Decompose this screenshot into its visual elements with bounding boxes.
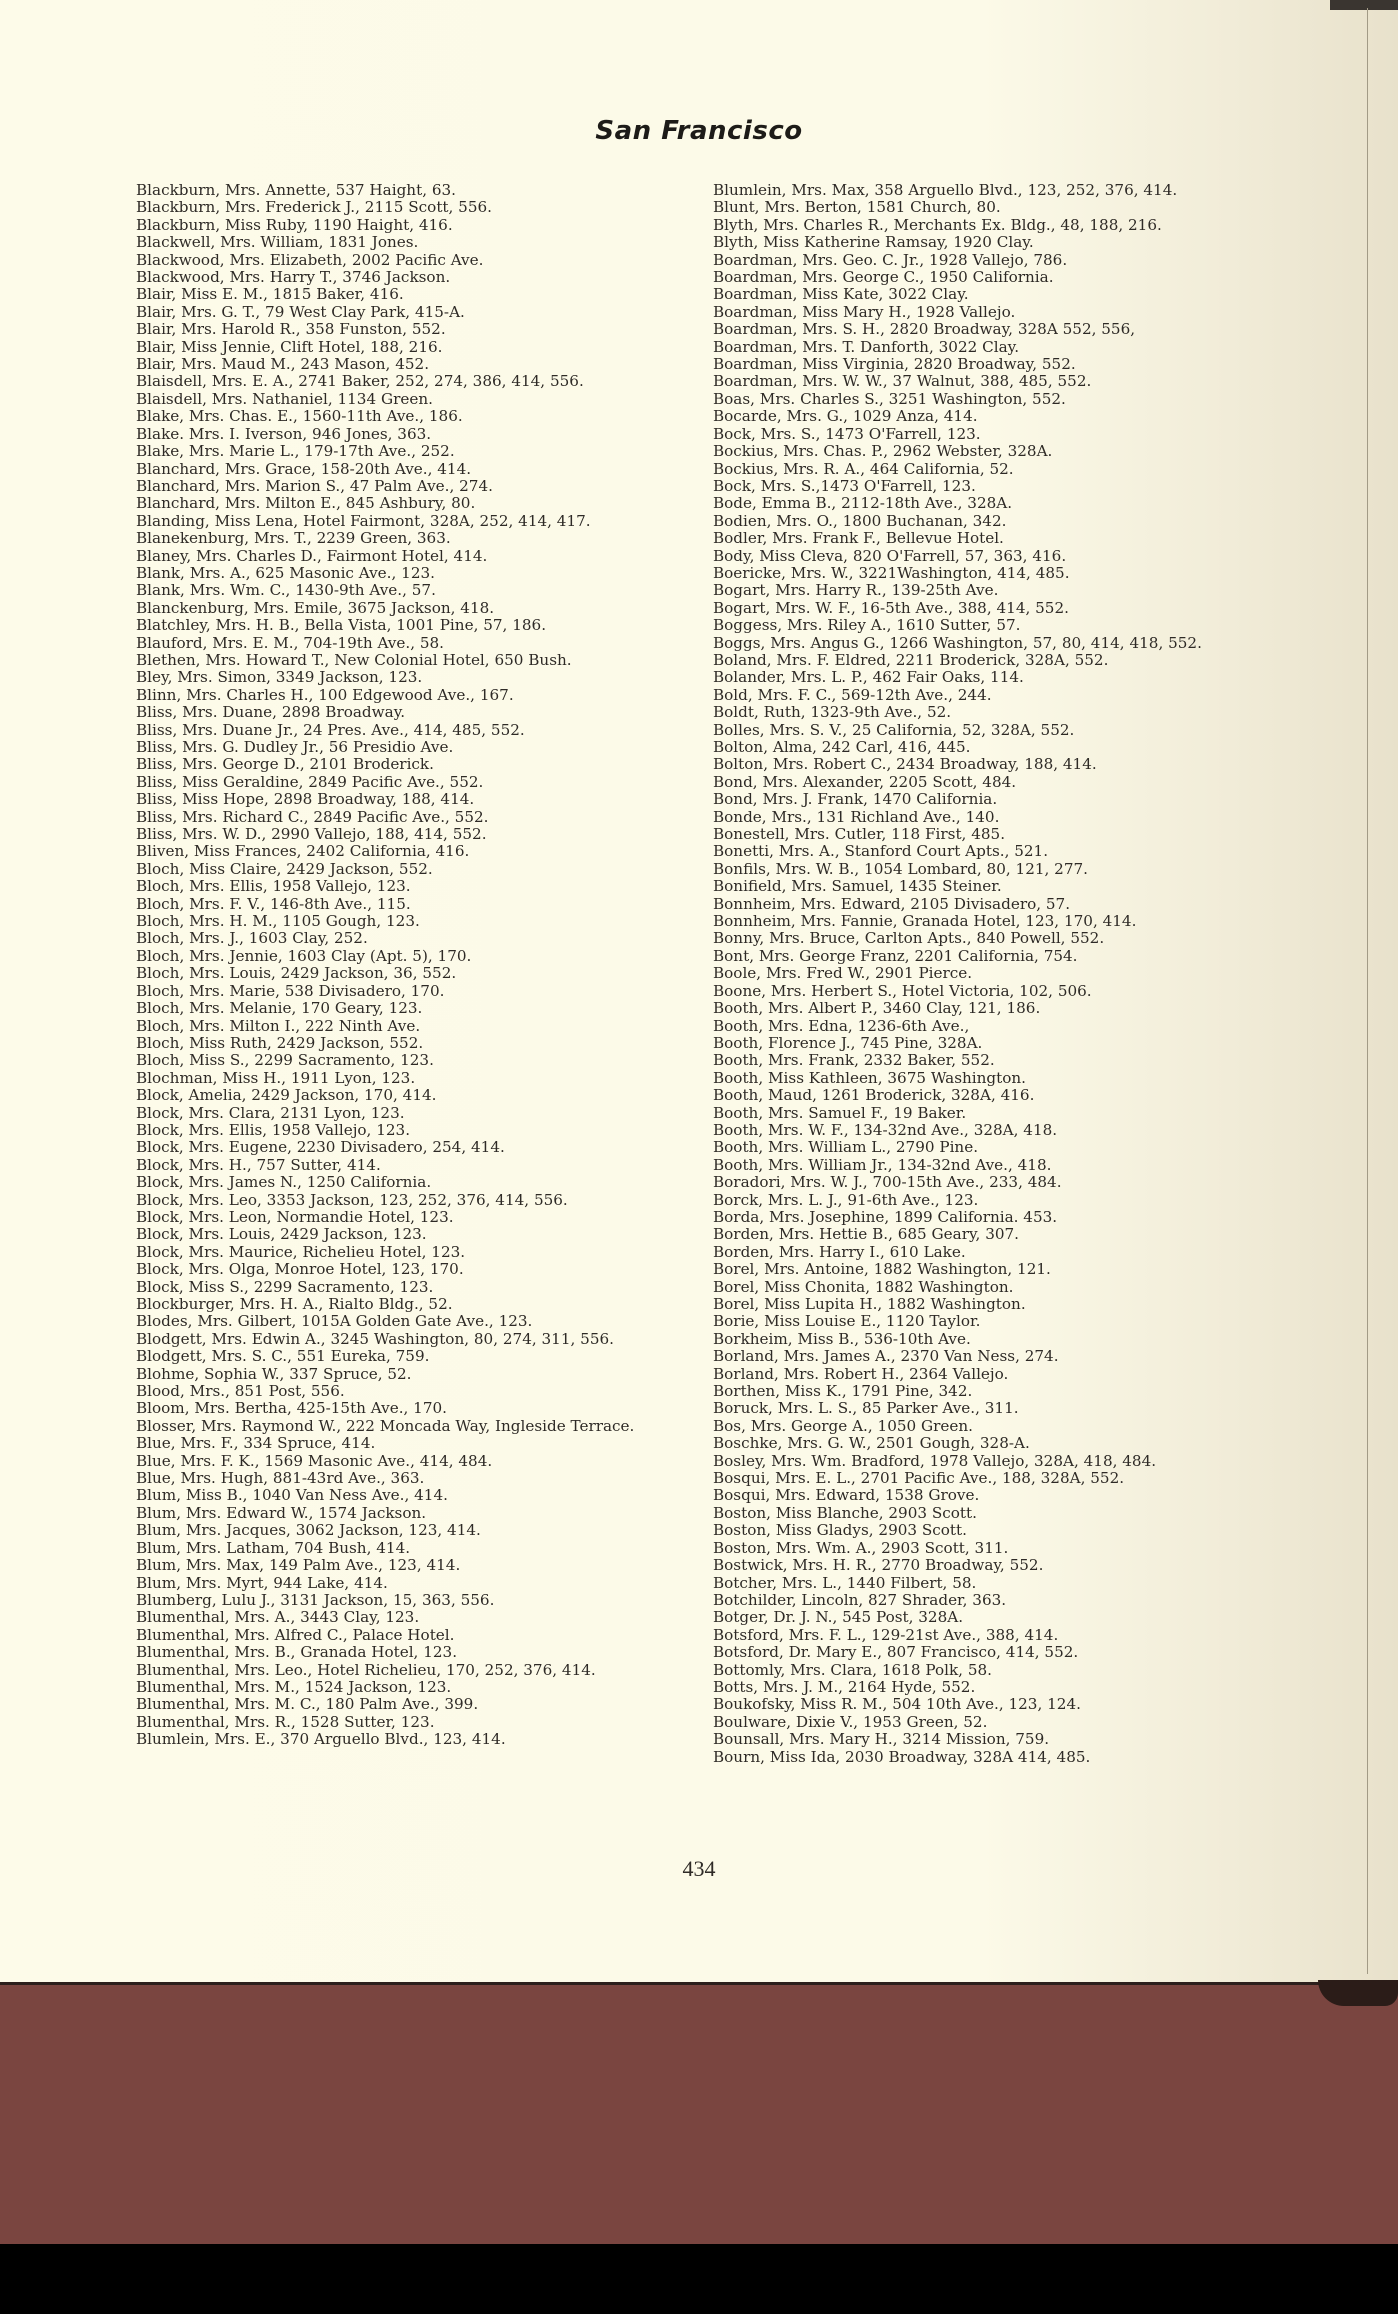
directory-entry: Blackburn, Mrs. Annette, 537 Haight, 63.	[136, 182, 671, 199]
directory-entry: Bockius, Mrs. Chas. P., 2962 Webster, 32…	[713, 443, 1248, 460]
directory-entry: Blue, Mrs. F. K., 1569 Masonic Ave., 414…	[136, 1453, 671, 1470]
directory-entry: Bosley, Mrs. Wm. Bradford, 1978 Vallejo,…	[713, 1453, 1248, 1470]
directory-entry: Blohme, Sophia W., 337 Spruce, 52.	[136, 1366, 671, 1383]
directory-entry: Boggs, Mrs. Angus G., 1266 Washington, 5…	[713, 635, 1248, 652]
directory-entry: Bode, Emma B., 2112-18th Ave., 328A.	[713, 495, 1248, 512]
directory-entry: Bloch, Mrs. H. M., 1105 Gough, 123.	[136, 913, 671, 930]
directory-entry: Block, Mrs. James N., 1250 California.	[136, 1174, 671, 1191]
directory-entry: Bley, Mrs. Simon, 3349 Jackson, 123.	[136, 669, 671, 686]
directory-entry: Boardman, Mrs. George C., 1950 Californi…	[713, 269, 1248, 286]
directory-entry: Boulware, Dixie V., 1953 Green, 52.	[713, 1714, 1248, 1731]
directory-entry: Bodler, Mrs. Frank F., Bellevue Hotel.	[713, 530, 1248, 547]
directory-entry: Bos, Mrs. George A., 1050 Green.	[713, 1418, 1248, 1435]
page-fold-line	[1367, 8, 1368, 1974]
directory-entry: Blumlein, Mrs. Max, 358 Arguello Blvd., …	[713, 182, 1248, 199]
book-cover-edge	[0, 1982, 1398, 2247]
directory-entry: Blank, Mrs. Wm. C., 1430-9th Ave., 57.	[136, 582, 671, 599]
directory-entry: Blair, Mrs. Maud M., 243 Mason, 452.	[136, 356, 671, 373]
directory-entry: Bostwick, Mrs. H. R., 2770 Broadway, 552…	[713, 1557, 1248, 1574]
directory-entry: Bolton, Alma, 242 Carl, 416, 445.	[713, 739, 1248, 756]
directory-entry: Bolton, Mrs. Robert C., 2434 Broadway, 1…	[713, 756, 1248, 773]
directory-entry: Boruck, Mrs. L. S., 85 Parker Ave., 311.	[713, 1400, 1248, 1417]
directory-entry: Boston, Mrs. Wm. A., 2903 Scott, 311.	[713, 1540, 1248, 1557]
directory-entry: Borkheim, Miss B., 536-10th Ave.	[713, 1331, 1248, 1348]
directory-entry: Boland, Mrs. F. Eldred, 2211 Broderick, …	[713, 652, 1248, 669]
directory-entry: Blockburger, Mrs. H. A., Rialto Bldg., 5…	[136, 1296, 671, 1313]
directory-entry: Booth, Mrs. William L., 2790 Pine.	[713, 1139, 1248, 1156]
directory-entry: Blaney, Mrs. Charles D., Fairmont Hotel,…	[136, 548, 671, 565]
directory-entry: Blackwell, Mrs. William, 1831 Jones.	[136, 234, 671, 251]
directory-entry: Boggess, Mrs. Riley A., 1610 Sutter, 57.	[713, 617, 1248, 634]
directory-entry: Bonnheim, Mrs. Edward, 2105 Divisadero, …	[713, 896, 1248, 913]
directory-entry: Bloch, Miss Ruth, 2429 Jackson, 552.	[136, 1035, 671, 1052]
directory-entry: Bont, Mrs. George Franz, 2201 California…	[713, 948, 1248, 965]
directory-entry: Botts, Mrs. J. M., 2164 Hyde, 552.	[713, 1679, 1248, 1696]
directory-entry: Bloch, Mrs. Louis, 2429 Jackson, 36, 552…	[136, 965, 671, 982]
directory-entry: Blum, Mrs. Jacques, 3062 Jackson, 123, 4…	[136, 1522, 671, 1539]
directory-entry: Blumenthal, Mrs. Leo., Hotel Richelieu, …	[136, 1662, 671, 1679]
directory-entry: Booth, Mrs. William Jr., 134-32nd Ave., …	[713, 1157, 1248, 1174]
scan-background-band	[0, 2244, 1398, 2314]
directory-entry: Boston, Miss Blanche, 2903 Scott.	[713, 1505, 1248, 1522]
directory-entry: Block, Mrs. Maurice, Richelieu Hotel, 12…	[136, 1244, 671, 1261]
directory-entry: Blyth, Miss Katherine Ramsay, 1920 Clay.	[713, 234, 1248, 251]
directory-entry: Boston, Miss Gladys, 2903 Scott.	[713, 1522, 1248, 1539]
directory-entry: Bliven, Miss Frances, 2402 California, 4…	[136, 843, 671, 860]
directory-entry: Blackwood, Mrs. Elizabeth, 2002 Pacific …	[136, 252, 671, 269]
directory-entry: Blumenthal, Mrs. M. C., 180 Palm Ave., 3…	[136, 1696, 671, 1713]
directory-entry: Bodien, Mrs. O., 1800 Buchanan, 342.	[713, 513, 1248, 530]
directory-entry: Block, Mrs. Louis, 2429 Jackson, 123.	[136, 1226, 671, 1243]
directory-entry: Blum, Mrs. Latham, 704 Bush, 414.	[136, 1540, 671, 1557]
directory-entry: Bloch, Miss Claire, 2429 Jackson, 552.	[136, 861, 671, 878]
page-title: San Francisco	[0, 116, 1398, 146]
directory-entry: Bond, Mrs. Alexander, 2205 Scott, 484.	[713, 774, 1248, 791]
directory-entry: Borland, Mrs. James A., 2370 Van Ness, 2…	[713, 1348, 1248, 1365]
directory-entry: Blumberg, Lulu J., 3131 Jackson, 15, 363…	[136, 1592, 671, 1609]
directory-entry: Body, Miss Cleva, 820 O'Farrell, 57, 363…	[713, 548, 1248, 565]
directory-entry: Bliss, Mrs. W. D., 2990 Vallejo, 188, 41…	[136, 826, 671, 843]
directory-entry: Bloch, Mrs. Jennie, 1603 Clay (Apt. 5), …	[136, 948, 671, 965]
directory-entry: Blair, Miss E. M., 1815 Baker, 416.	[136, 286, 671, 303]
directory-entry: Borel, Mrs. Antoine, 1882 Washington, 12…	[713, 1261, 1248, 1278]
directory-entry: Blodes, Mrs. Gilbert, 1015A Golden Gate …	[136, 1313, 671, 1330]
directory-entry: Bloch, Miss S., 2299 Sacramento, 123.	[136, 1052, 671, 1069]
directory-entry: Borie, Miss Louise E., 1120 Taylor.	[713, 1313, 1248, 1330]
directory-entry: Blumlein, Mrs. E., 370 Arguello Blvd., 1…	[136, 1731, 671, 1748]
directory-entry: Bold, Mrs. F. C., 569-12th Ave., 244.	[713, 687, 1248, 704]
directory-entry: Borda, Mrs. Josephine, 1899 California. …	[713, 1209, 1248, 1226]
directory-entry: Block, Mrs. Leon, Normandie Hotel, 123.	[136, 1209, 671, 1226]
directory-entry: Bliss, Miss Hope, 2898 Broadway, 188, 41…	[136, 791, 671, 808]
directory-entry: Bonfils, Mrs. W. B., 1054 Lombard, 80, 1…	[713, 861, 1248, 878]
directory-entry: Bloch, Mrs. Ellis, 1958 Vallejo, 123.	[136, 878, 671, 895]
directory-entry: Bliss, Mrs. Duane Jr., 24 Pres. Ave., 41…	[136, 722, 671, 739]
directory-entry: Bourn, Miss Ida, 2030 Broadway, 328A 414…	[713, 1749, 1248, 1766]
directory-entry: Bliss, Mrs. Richard C., 2849 Pacific Ave…	[136, 809, 671, 826]
directory-entry: Blood, Mrs., 851 Post, 556.	[136, 1383, 671, 1400]
directory-entry: Blake. Mrs. I. Iverson, 946 Jones, 363.	[136, 426, 671, 443]
directory-entry: Bloch, Mrs. Melanie, 170 Geary, 123.	[136, 1000, 671, 1017]
directory-entry: Bloch, Mrs. Marie, 538 Divisadero, 170.	[136, 983, 671, 1000]
directory-entry: Bloch, Mrs. J., 1603 Clay, 252.	[136, 930, 671, 947]
directory-entry: Bliss, Miss Geraldine, 2849 Pacific Ave.…	[136, 774, 671, 791]
directory-entry: Block, Mrs. H., 757 Sutter, 414.	[136, 1157, 671, 1174]
directory-entry: Blair, Mrs. G. T., 79 West Clay Park, 41…	[136, 304, 671, 321]
directory-entry: Bliss, Mrs. Duane, 2898 Broadway.	[136, 704, 671, 721]
directory-entry: Booth, Maud, 1261 Broderick, 328A, 416.	[713, 1087, 1248, 1104]
directory-entry: Bock, Mrs. S., 1473 O'Farrell, 123.	[713, 426, 1248, 443]
directory-entry: Blanchard, Mrs. Marion S., 47 Palm Ave.,…	[136, 478, 671, 495]
directory-entry: Boole, Mrs. Fred W., 2901 Pierce.	[713, 965, 1248, 982]
directory-entry: Borel, Miss Lupita H., 1882 Washington.	[713, 1296, 1248, 1313]
directory-entry: Boardman, Mrs. Geo. C. Jr., 1928 Vallejo…	[713, 252, 1248, 269]
directory-entry: Blethen, Mrs. Howard T., New Colonial Ho…	[136, 652, 671, 669]
directory-entry: Botger, Dr. J. N., 545 Post, 328A.	[713, 1609, 1248, 1626]
left-column: Blackburn, Mrs. Annette, 537 Haight, 63.…	[136, 182, 671, 1749]
directory-entry: Block, Mrs. Clara, 2131 Lyon, 123.	[136, 1105, 671, 1122]
directory-entry: Boardman, Mrs. W. W., 37 Walnut, 388, 48…	[713, 373, 1248, 390]
directory-entry: Blyth, Mrs. Charles R., Merchants Ex. Bl…	[713, 217, 1248, 234]
directory-page: San Francisco Blackburn, Mrs. Annette, 5…	[0, 0, 1398, 1982]
directory-entry: Boradori, Mrs. W. J., 700-15th Ave., 233…	[713, 1174, 1248, 1191]
directory-entry: Blank, Mrs. A., 625 Masonic Ave., 123.	[136, 565, 671, 582]
directory-entry: Blum, Mrs. Max, 149 Palm Ave., 123, 414.	[136, 1557, 671, 1574]
directory-entry: Bliss, Mrs. George D., 2101 Broderick.	[136, 756, 671, 773]
directory-entry: Blodgett, Mrs. Edwin A., 3245 Washington…	[136, 1331, 671, 1348]
directory-entry: Blunt, Mrs. Berton, 1581 Church, 80.	[713, 199, 1248, 216]
directory-entry: Bond, Mrs. J. Frank, 1470 California.	[713, 791, 1248, 808]
directory-entry: Blair, Miss Jennie, Clift Hotel, 188, 21…	[136, 339, 671, 356]
directory-entry: Bonnheim, Mrs. Fannie, Granada Hotel, 12…	[713, 913, 1248, 930]
directory-entry: Bocarde, Mrs. G., 1029 Anza, 414.	[713, 408, 1248, 425]
directory-entry: Blackburn, Mrs. Frederick J., 2115 Scott…	[136, 199, 671, 216]
directory-entry: Blinn, Mrs. Charles H., 100 Edgewood Ave…	[136, 687, 671, 704]
directory-entry: Bogart, Mrs. Harry R., 139-25th Ave.	[713, 582, 1248, 599]
directory-entry: Blumenthal, Mrs. Alfred C., Palace Hotel…	[136, 1627, 671, 1644]
directory-entry: Booth, Florence J., 745 Pine, 328A.	[713, 1035, 1248, 1052]
directory-entry: Botchilder, Lincoln, 827 Shrader, 363.	[713, 1592, 1248, 1609]
cover-shadow	[1318, 1980, 1398, 2006]
directory-entry: Blanchard, Mrs. Milton E., 845 Ashbury, …	[136, 495, 671, 512]
directory-entry: Block, Amelia, 2429 Jackson, 170, 414.	[136, 1087, 671, 1104]
directory-entry: Block, Mrs. Olga, Monroe Hotel, 123, 170…	[136, 1261, 671, 1278]
directory-entry: Blaisdell, Mrs. E. A., 2741 Baker, 252, …	[136, 373, 671, 390]
directory-entry: Bloch, Mrs. Milton I., 222 Ninth Ave.	[136, 1018, 671, 1035]
directory-entry: Bogart, Mrs. W. F., 16-5th Ave., 388, 41…	[713, 600, 1248, 617]
directory-entry: Blumenthal, Mrs. B., Granada Hotel, 123.	[136, 1644, 671, 1661]
directory-entry: Borden, Mrs. Hettie B., 685 Geary, 307.	[713, 1226, 1248, 1243]
directory-entry: Boardman, Mrs. T. Danforth, 3022 Clay.	[713, 339, 1248, 356]
directory-entry: Blum, Mrs. Edward W., 1574 Jackson.	[136, 1505, 671, 1522]
directory-entry: Bonestell, Mrs. Cutler, 118 First, 485.	[713, 826, 1248, 843]
directory-entry: Booth, Mrs. Samuel F., 19 Baker.	[713, 1105, 1248, 1122]
directory-entry: Blumenthal, Mrs. A., 3443 Clay, 123.	[136, 1609, 671, 1626]
directory-entry: Boardman, Mrs. S. H., 2820 Broadway, 328…	[713, 321, 1248, 338]
directory-entry: Blumenthal, Mrs. M., 1524 Jackson, 123.	[136, 1679, 671, 1696]
directory-entry: Bockius, Mrs. R. A., 464 California, 52.	[713, 461, 1248, 478]
directory-entry: Bonifield, Mrs. Samuel, 1435 Steiner.	[713, 878, 1248, 895]
directory-entry: Blanckenburg, Mrs. Emile, 3675 Jackson, …	[136, 600, 671, 617]
directory-entry: Boardman, Miss Kate, 3022 Clay.	[713, 286, 1248, 303]
directory-entry: Bloom, Mrs. Bertha, 425-15th Ave., 170.	[136, 1400, 671, 1417]
directory-entry: Blauford, Mrs. E. M., 704-19th Ave., 58.	[136, 635, 671, 652]
directory-entry: Booth, Mrs. Edna, 1236-6th Ave.,	[713, 1018, 1248, 1035]
directory-entry: Blue, Mrs. F., 334 Spruce, 414.	[136, 1435, 671, 1452]
directory-entry: Bliss, Mrs. G. Dudley Jr., 56 Presidio A…	[136, 739, 671, 756]
directory-entry: Blum, Miss B., 1040 Van Ness Ave., 414.	[136, 1487, 671, 1504]
directory-entry: Block, Mrs. Leo, 3353 Jackson, 123, 252,…	[136, 1192, 671, 1209]
directory-entry: Bounsall, Mrs. Mary H., 3214 Mission, 75…	[713, 1731, 1248, 1748]
directory-entry: Borland, Mrs. Robert H., 2364 Vallejo.	[713, 1366, 1248, 1383]
directory-entry: Blake, Mrs. Chas. E., 1560-11th Ave., 18…	[136, 408, 671, 425]
directory-entry: Bosqui, Mrs. Edward, 1538 Grove.	[713, 1487, 1248, 1504]
directory-entry: Botsford, Mrs. F. L., 129-21st Ave., 388…	[713, 1627, 1248, 1644]
directory-entry: Blue, Mrs. Hugh, 881-43rd Ave., 363.	[136, 1470, 671, 1487]
directory-entry: Boardman, Miss Mary H., 1928 Vallejo.	[713, 304, 1248, 321]
directory-entry: Blosser, Mrs. Raymond W., 222 Moncada Wa…	[136, 1418, 671, 1435]
directory-entry: Botsford, Dr. Mary E., 807 Francisco, 41…	[713, 1644, 1248, 1661]
directory-entry: Bonetti, Mrs. A., Stanford Court Apts., …	[713, 843, 1248, 860]
directory-entry: Boericke, Mrs. W., 3221Washington, 414, …	[713, 565, 1248, 582]
directory-entry: Blumenthal, Mrs. R., 1528 Sutter, 123.	[136, 1714, 671, 1731]
directory-entry: Botcher, Mrs. L., 1440 Filbert, 58.	[713, 1575, 1248, 1592]
directory-entry: Bonde, Mrs., 131 Richland Ave., 140.	[713, 809, 1248, 826]
directory-entry: Bolles, Mrs. S. V., 25 California, 52, 3…	[713, 722, 1248, 739]
directory-entry: Boone, Mrs. Herbert S., Hotel Victoria, …	[713, 983, 1248, 1000]
directory-entry: Booth, Mrs. Albert P., 3460 Clay, 121, 1…	[713, 1000, 1248, 1017]
directory-entry: Bloch, Mrs. F. V., 146-8th Ave., 115.	[136, 896, 671, 913]
directory-entry: Bosqui, Mrs. E. L., 2701 Pacific Ave., 1…	[713, 1470, 1248, 1487]
directory-entry: Borck, Mrs. L. J., 91-6th Ave., 123.	[713, 1192, 1248, 1209]
directory-entry: Blanding, Miss Lena, Hotel Fairmont, 328…	[136, 513, 671, 530]
directory-entry: Blochman, Miss H., 1911 Lyon, 123.	[136, 1070, 671, 1087]
directory-entry: Bolander, Mrs. L. P., 462 Fair Oaks, 114…	[713, 669, 1248, 686]
binding-shadow	[1330, 0, 1398, 10]
directory-entry: Blake, Mrs. Marie L., 179-17th Ave., 252…	[136, 443, 671, 460]
directory-entry: Blackwood, Mrs. Harry T., 3746 Jackson.	[136, 269, 671, 286]
directory-entry: Blanekenburg, Mrs. T., 2239 Green, 363.	[136, 530, 671, 547]
directory-entry: Block, Mrs. Eugene, 2230 Divisadero, 254…	[136, 1139, 671, 1156]
directory-entry: Bottomly, Mrs. Clara, 1618 Polk, 58.	[713, 1662, 1248, 1679]
directory-entry: Booth, Miss Kathleen, 3675 Washington.	[713, 1070, 1248, 1087]
directory-entry: Bock, Mrs. S.,1473 O'Farrell, 123.	[713, 478, 1248, 495]
directory-entry: Blum, Mrs. Myrt, 944 Lake, 414.	[136, 1575, 671, 1592]
directory-entry: Booth, Mrs. Frank, 2332 Baker, 552.	[713, 1052, 1248, 1069]
page-number: 434	[0, 1856, 1398, 1882]
directory-entry: Block, Mrs. Ellis, 1958 Vallejo, 123.	[136, 1122, 671, 1139]
directory-entry: Borthen, Miss K., 1791 Pine, 342.	[713, 1383, 1248, 1400]
directory-entry: Blaisdell, Mrs. Nathaniel, 1134 Green.	[136, 391, 671, 408]
directory-entry: Blair, Mrs. Harold R., 358 Funston, 552.	[136, 321, 671, 338]
directory-entry: Booth, Mrs. W. F., 134-32nd Ave., 328A, …	[713, 1122, 1248, 1139]
directory-entry: Boldt, Ruth, 1323-9th Ave., 52.	[713, 704, 1248, 721]
directory-entry: Bonny, Mrs. Bruce, Carlton Apts., 840 Po…	[713, 930, 1248, 947]
directory-entry: Boukofsky, Miss R. M., 504 10th Ave., 12…	[713, 1696, 1248, 1713]
directory-entry: Boschke, Mrs. G. W., 2501 Gough, 328-A.	[713, 1435, 1248, 1452]
directory-entry: Borden, Mrs. Harry I., 610 Lake.	[713, 1244, 1248, 1261]
right-column: Blumlein, Mrs. Max, 358 Arguello Blvd., …	[713, 182, 1248, 1766]
directory-entry: Borel, Miss Chonita, 1882 Washington.	[713, 1279, 1248, 1296]
directory-entry: Boas, Mrs. Charles S., 3251 Washington, …	[713, 391, 1248, 408]
directory-entry: Blanchard, Mrs. Grace, 158-20th Ave., 41…	[136, 461, 671, 478]
directory-entry: Blackburn, Miss Ruby, 1190 Haight, 416.	[136, 217, 671, 234]
directory-entry: Block, Miss S., 2299 Sacramento, 123.	[136, 1279, 671, 1296]
directory-entry: Blodgett, Mrs. S. C., 551 Eureka, 759.	[136, 1348, 671, 1365]
directory-entry: Boardman, Miss Virginia, 2820 Broadway, …	[713, 356, 1248, 373]
directory-entry: Blatchley, Mrs. H. B., Bella Vista, 1001…	[136, 617, 671, 634]
